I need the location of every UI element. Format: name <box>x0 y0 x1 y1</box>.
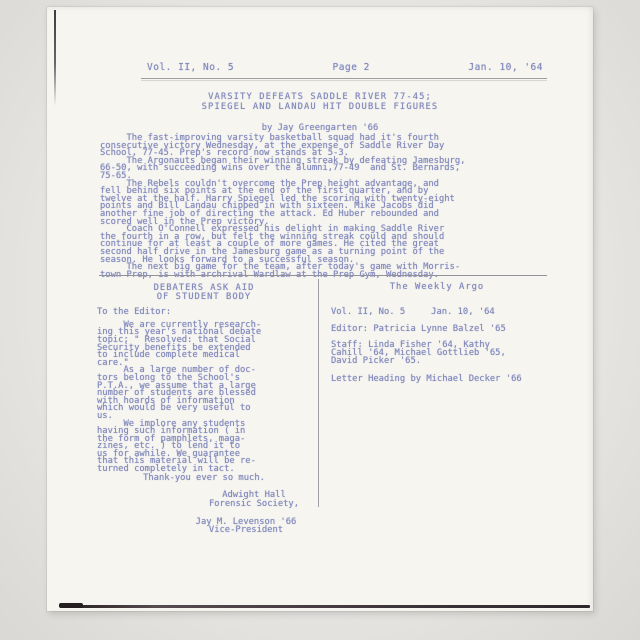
article-paragraph: The next big game for the team, after to… <box>100 264 552 279</box>
article-paragraph: Coach O'Connell expressed his delight in… <box>100 226 552 264</box>
scan-edge-shadow-bottom <box>60 605 590 608</box>
article-title: VARSITY DEFEATS SADDLE RIVER 77-45; SPIE… <box>47 93 593 112</box>
masthead-letterhead-credit: Letter Heading by Michael Decker '66 <box>331 376 543 384</box>
article-body: The fast-improving varsity basketball sq… <box>100 135 552 279</box>
article-paragraph: The fast-improving varsity basketball sq… <box>100 135 552 158</box>
article-paragraph: The Argonauts began their winning streak… <box>100 158 552 181</box>
masthead-volume-row: Vol. II, No. 5 Jan. 10, '64 <box>331 309 543 317</box>
letter-paragraph: We implore any students having such info… <box>97 421 311 474</box>
masthead: The Weekly Argo Vol. II, No. 5 Jan. 10, … <box>331 284 543 384</box>
masthead-volume: Vol. II, No. 5 <box>331 309 405 317</box>
header-rule <box>141 78 547 79</box>
article-rule <box>99 275 547 276</box>
letter-salutation: To the Editor: <box>97 309 311 317</box>
page-number-label: Page 2 <box>333 62 370 73</box>
masthead-staff: Staff: Linda Fisher '64, Kathy Cahill '6… <box>331 342 543 365</box>
letter-heading: DEBATERS ASK AID OF STUDENT BODY <box>97 284 311 301</box>
page-header: Vol. II, No. 5 Page 2 Jan. 10, '64 <box>147 62 543 73</box>
scanned-page-background: Vol. II, No. 5 Page 2 Jan. 10, '64 VARSI… <box>0 0 640 640</box>
column-divider <box>318 279 319 507</box>
letter-signature-organization: Adwight Hall Forensic Society, <box>97 491 311 508</box>
article-title-line2: SPIEGEL AND LANDAU HIT DOUBLE FIGURES <box>47 103 593 113</box>
masthead-editor: Editor: Patricia Lynne Balzel '65 <box>331 326 543 334</box>
letter-thanks: Thank-you ever so much. <box>97 475 311 483</box>
letter-paragraph: As a large number of doc- tors belong to… <box>97 367 311 420</box>
newspaper-page: Vol. II, No. 5 Page 2 Jan. 10, '64 VARSI… <box>47 7 593 611</box>
article-paragraph: The Rebels couldn't overcome the Prep he… <box>100 181 552 227</box>
article-byline: by Jay Greengarten '66 <box>47 123 593 133</box>
date-label: Jan. 10, '64 <box>468 62 543 73</box>
letter-signature-name: Jay M. Levenson '66 Vice-President <box>97 518 311 535</box>
masthead-title: The Weekly Argo <box>331 284 543 292</box>
volume-label: Vol. II, No. 5 <box>147 62 234 73</box>
letter-paragraph: We are currently research- ing this year… <box>97 322 311 368</box>
masthead-date: Jan. 10, '64 <box>431 309 495 317</box>
letter-heading-line2: OF STUDENT BODY <box>97 293 311 302</box>
scan-edge-shadow-left <box>54 10 56 106</box>
letter-to-editor: DEBATERS ASK AID OF STUDENT BODY To the … <box>97 284 311 535</box>
